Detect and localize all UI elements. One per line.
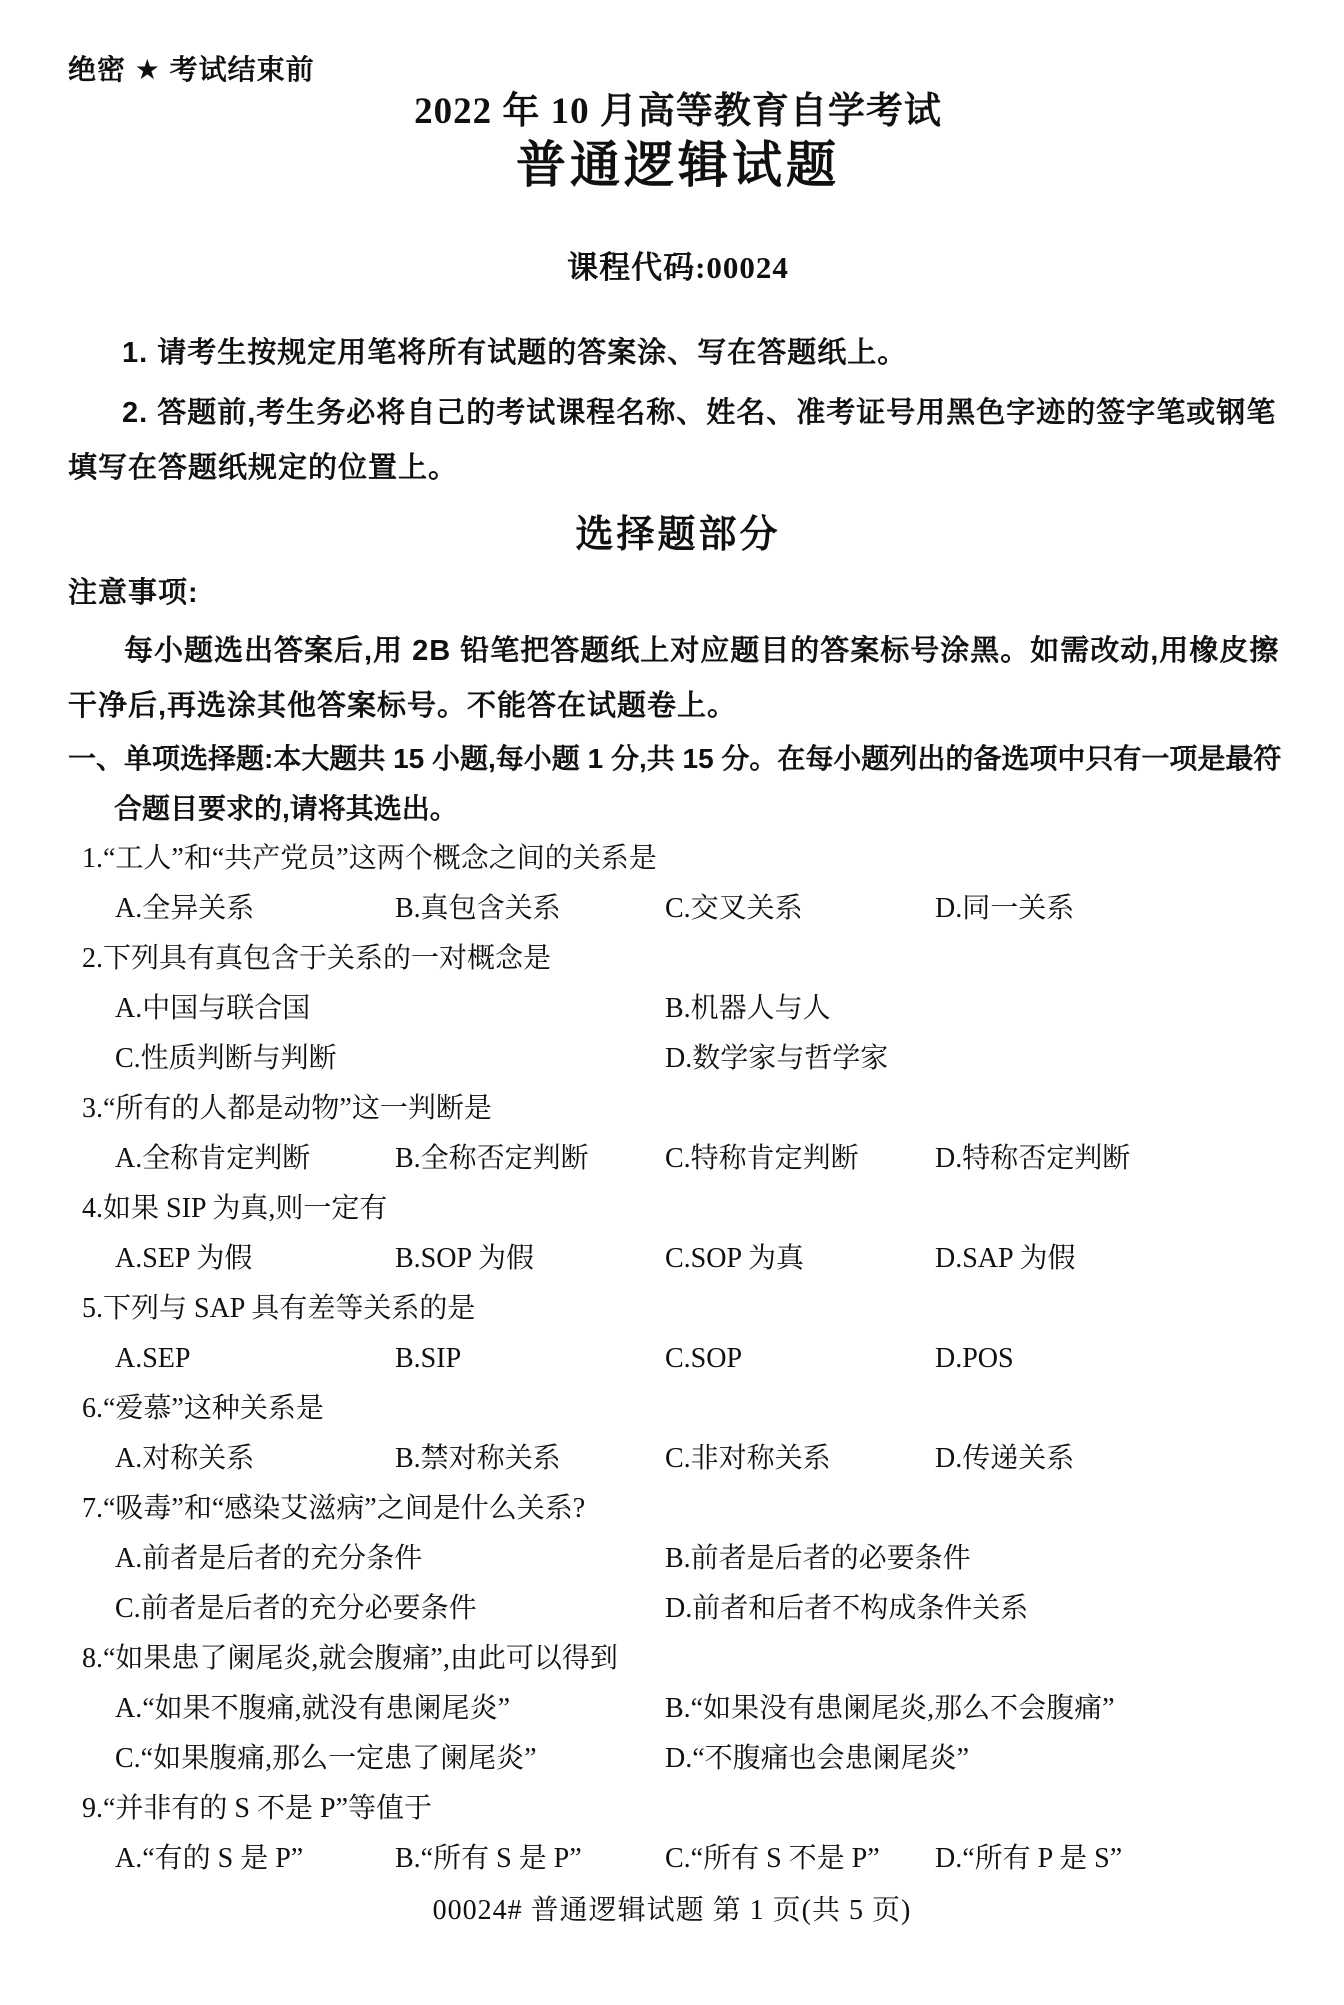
question-6-option-b: B.禁对称关系	[395, 1434, 665, 1484]
question-7-option-c: C.前者是后者的充分必要条件	[115, 1584, 665, 1634]
question-4: 4.如果 SIP 为真,则一定有 A.SEP 为假 B.SOP 为假 C.SOP…	[68, 1184, 1288, 1284]
exam-page: 绝密 ★ 考试结束前 2022 年 10 月高等教育自学考试 普通逻辑试题 课程…	[0, 0, 1344, 2005]
question-3-option-b: B.全称否定判断	[395, 1134, 665, 1184]
question-8-option-d: D.“不腹痛也会患阑尾炎”	[665, 1734, 969, 1784]
question-7-option-d: D.前者和后者不构成条件关系	[665, 1584, 1028, 1634]
question-5-text: 5.下列与 SAP 具有差等关系的是	[68, 1284, 1288, 1334]
question-2: 2.下列具有真包含于关系的一对概念是 A.中国与联合国 B.机器人与人 C.性质…	[68, 934, 1288, 1084]
question-4-options: A.SEP 为假 B.SOP 为假 C.SOP 为真 D.SAP 为假	[115, 1234, 1288, 1284]
question-2-options-row-2: C.性质判断与判断 D.数学家与哲学家	[115, 1034, 1288, 1084]
question-8-text: 8.“如果患了阑尾炎,就会腹痛”,由此可以得到	[68, 1634, 1288, 1684]
question-9-option-c: C.“所有 S 不是 P”	[665, 1834, 935, 1884]
question-8-option-a: A.“如果不腹痛,就没有患阑尾炎”	[115, 1684, 665, 1734]
question-8-option-c: C.“如果腹痛,那么一定患了阑尾炎”	[115, 1734, 665, 1784]
classification-label: 绝密 ★ 考试结束前	[68, 54, 1288, 86]
exam-session-title: 2022 年 10 月高等教育自学考试	[68, 90, 1288, 134]
question-1-option-a: A.全异关系	[115, 884, 395, 934]
exam-subject-title: 普通逻辑试题	[68, 136, 1288, 194]
question-list: 1.“工人”和“共产党员”这两个概念之间的关系是 A.全异关系 B.真包含关系 …	[68, 834, 1288, 1884]
question-3-option-d: D.特称否定判断	[935, 1134, 1130, 1184]
course-code: 课程代码:00024	[68, 248, 1288, 288]
question-5-option-c: C.SOP	[665, 1334, 935, 1384]
question-7-text: 7.“吸毒”和“感染艾滋病”之间是什么关系?	[68, 1484, 1288, 1534]
question-2-option-d: D.数学家与哲学家	[665, 1034, 888, 1084]
question-3-option-a: A.全称肯定判断	[115, 1134, 395, 1184]
question-3-text: 3.“所有的人都是动物”这一判断是	[68, 1084, 1288, 1134]
question-9: 9.“并非有的 S 不是 P”等值于 A.“有的 S 是 P” B.“所有 S …	[68, 1784, 1288, 1884]
question-2-option-a: A.中国与联合国	[115, 984, 665, 1034]
question-4-option-c: C.SOP 为真	[665, 1234, 935, 1284]
question-5: 5.下列与 SAP 具有差等关系的是 A.SEP B.SIP C.SOP D.P…	[68, 1284, 1288, 1384]
instruction-item-1: 1. 请考生按规定用笔将所有试题的答案涂、写在答题纸上。	[68, 328, 1288, 378]
question-7-option-a: A.前者是后者的充分条件	[115, 1534, 665, 1584]
notice-text: 每小题选出答案后,用 2B 铅笔把答题纸上对应题目的答案标号涂黑。如需改动,用橡…	[68, 624, 1288, 734]
question-4-option-a: A.SEP 为假	[115, 1234, 395, 1284]
question-2-text: 2.下列具有真包含于关系的一对概念是	[68, 934, 1288, 984]
question-6-option-d: D.传递关系	[935, 1434, 1074, 1484]
question-4-option-b: B.SOP 为假	[395, 1234, 665, 1284]
choice-section-title: 选择题部分	[68, 510, 1288, 560]
page-footer: 00024# 普通逻辑试题 第 1 页(共 5 页)	[0, 1895, 1344, 1927]
question-7-options-row-1: A.前者是后者的充分条件 B.前者是后者的必要条件	[115, 1534, 1288, 1584]
question-8-options-row-1: A.“如果不腹痛,就没有患阑尾炎” B.“如果没有患阑尾炎,那么不会腹痛”	[115, 1684, 1288, 1734]
question-3: 3.“所有的人都是动物”这一判断是 A.全称肯定判断 B.全称否定判断 C.特称…	[68, 1084, 1288, 1184]
question-8: 8.“如果患了阑尾炎,就会腹痛”,由此可以得到 A.“如果不腹痛,就没有患阑尾炎…	[68, 1634, 1288, 1784]
question-6-text: 6.“爱慕”这种关系是	[68, 1384, 1288, 1434]
question-7: 7.“吸毒”和“感染艾滋病”之间是什么关系? A.前者是后者的充分条件 B.前者…	[68, 1484, 1288, 1634]
question-8-options-row-2: C.“如果腹痛,那么一定患了阑尾炎” D.“不腹痛也会患阑尾炎”	[115, 1734, 1288, 1784]
question-1-option-b: B.真包含关系	[395, 884, 665, 934]
question-8-option-b: B.“如果没有患阑尾炎,那么不会腹痛”	[665, 1684, 1115, 1734]
instruction-item-2: 2. 答题前,考生务必将自己的考试课程名称、姓名、准考证号用黑色字迹的签字笔或钢…	[68, 386, 1288, 496]
question-6-option-c: C.非对称关系	[665, 1434, 935, 1484]
question-1-options: A.全异关系 B.真包含关系 C.交叉关系 D.同一关系	[115, 884, 1288, 934]
question-6-options: A.对称关系 B.禁对称关系 C.非对称关系 D.传递关系	[115, 1434, 1288, 1484]
question-5-options: A.SEP B.SIP C.SOP D.POS	[115, 1334, 1288, 1384]
question-2-option-c: C.性质判断与判断	[115, 1034, 665, 1084]
part1-heading: 一、单项选择题:本大题共 15 小题,每小题 1 分,共 15 分。在每小题列出…	[68, 734, 1288, 834]
question-3-options: A.全称肯定判断 B.全称否定判断 C.特称肯定判断 D.特称否定判断	[115, 1134, 1288, 1184]
question-9-text: 9.“并非有的 S 不是 P”等值于	[68, 1784, 1288, 1834]
question-4-text: 4.如果 SIP 为真,则一定有	[68, 1184, 1288, 1234]
question-2-options-row-1: A.中国与联合国 B.机器人与人	[115, 984, 1288, 1034]
question-1-text: 1.“工人”和“共产党员”这两个概念之间的关系是	[68, 834, 1288, 884]
question-1: 1.“工人”和“共产党员”这两个概念之间的关系是 A.全异关系 B.真包含关系 …	[68, 834, 1288, 934]
question-9-option-a: A.“有的 S 是 P”	[115, 1834, 395, 1884]
question-9-option-d: D.“所有 P 是 S”	[935, 1834, 1122, 1884]
question-1-option-d: D.同一关系	[935, 884, 1074, 934]
question-6-option-a: A.对称关系	[115, 1434, 395, 1484]
question-3-option-c: C.特称肯定判断	[665, 1134, 935, 1184]
question-5-option-d: D.POS	[935, 1334, 1014, 1384]
question-9-options: A.“有的 S 是 P” B.“所有 S 是 P” C.“所有 S 不是 P” …	[115, 1834, 1288, 1884]
notice-heading: 注意事项:	[68, 572, 1288, 614]
question-7-option-b: B.前者是后者的必要条件	[665, 1534, 971, 1584]
question-5-option-a: A.SEP	[115, 1334, 395, 1384]
question-5-option-b: B.SIP	[395, 1334, 665, 1384]
question-1-option-c: C.交叉关系	[665, 884, 935, 934]
question-6: 6.“爱慕”这种关系是 A.对称关系 B.禁对称关系 C.非对称关系 D.传递关…	[68, 1384, 1288, 1484]
question-2-option-b: B.机器人与人	[665, 984, 831, 1034]
question-9-option-b: B.“所有 S 是 P”	[395, 1834, 665, 1884]
question-7-options-row-2: C.前者是后者的充分必要条件 D.前者和后者不构成条件关系	[115, 1584, 1288, 1634]
question-4-option-d: D.SAP 为假	[935, 1234, 1076, 1284]
